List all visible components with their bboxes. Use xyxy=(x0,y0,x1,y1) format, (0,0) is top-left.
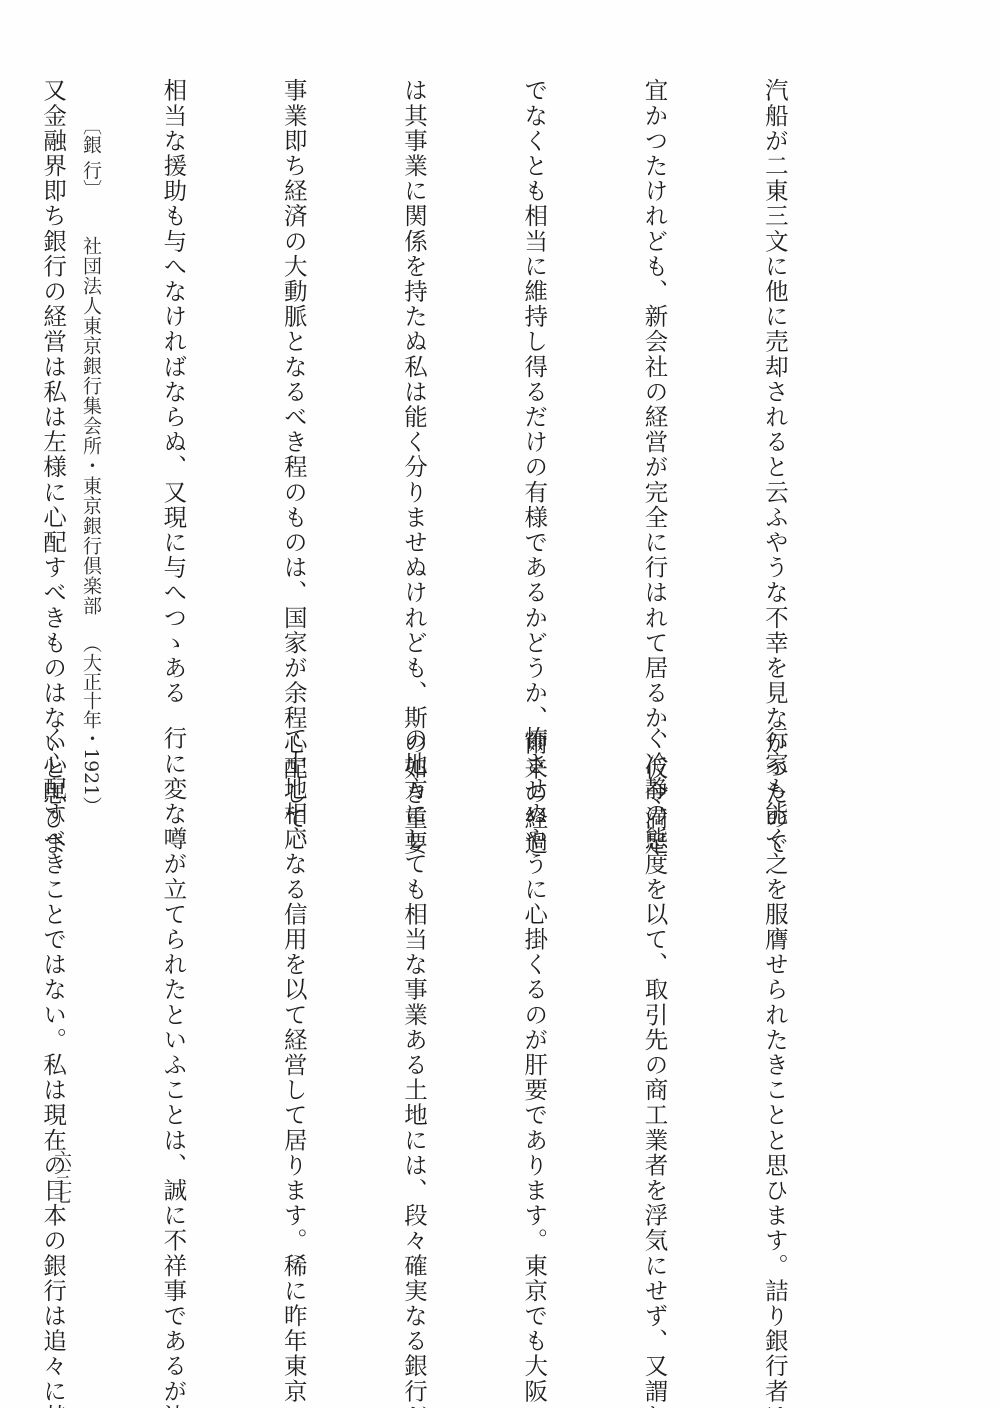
text-column: 怖させぬやうに心掛くるのが肝要であります。東京でも大阪でも其他 xyxy=(514,726,554,1346)
upper-text-block: 汽船が二東三文に他に売却されると云ふやうな不幸を見なかつたので 宜かつたけれども… xyxy=(0,78,875,698)
text-column: て土地相応なる信用を以て経営して居ります。稀に昨年東京の貯蓄銀 xyxy=(274,726,314,1346)
text-column: 行に変な噂が立てられたといふことは、誠に不祥事であるが決して深 xyxy=(153,726,193,1346)
page-number: 六三七 xyxy=(48,1150,74,1204)
book-page: 〔銀 行〕社団法人東京銀行集会所・東京銀行倶楽部（大正十年・1921） 汽船が二… xyxy=(0,0,1000,1408)
text-column: く心配すべきことではない。私は現在の日本の銀行は追々に其行数を xyxy=(33,726,73,1346)
text-column: 事業即ち経済の大動脈となるべき程のものは、国家が余程心配して、 xyxy=(274,78,314,698)
text-column: 汽船が二東三文に他に売却されると云ふやうな不幸を見なかつたので xyxy=(755,78,795,698)
text-column: 相当な援助も与へなければならぬ、又現に与へつゝある xyxy=(153,78,193,698)
text-column: 行家も能く之を服膺せられたきことと思ひます。詰り銀行者は成るべ xyxy=(755,726,795,1346)
text-column: 又金融界即ち銀行の経営は私は左様に心配すべきものはないと思ひま xyxy=(33,78,73,698)
text-column: 宜かつたけれども、新会社の経営が完全に行はれて居るか、仮令満足 xyxy=(634,78,674,698)
text-column: く冷静の態度を以て、取引先の商工業者を浮気にせず、又謂れなく恐 xyxy=(634,726,674,1346)
text-column: は其事業に関係を持たぬ私は能く分りませぬけれども、斯の如き重要 xyxy=(394,78,434,698)
text-column: でなくとも相当に維持し得るだけの有様であるかどうか、爾来の経過 xyxy=(514,78,554,698)
lower-text-block: 行家も能く之を服膺せられたきことと思ひます。詰り銀行者は成るべ く冷静の態度を以… xyxy=(0,726,875,1346)
text-column: の地方にしても相当な事業ある土地には、段々確実なる銀行が成立つ xyxy=(394,726,434,1346)
